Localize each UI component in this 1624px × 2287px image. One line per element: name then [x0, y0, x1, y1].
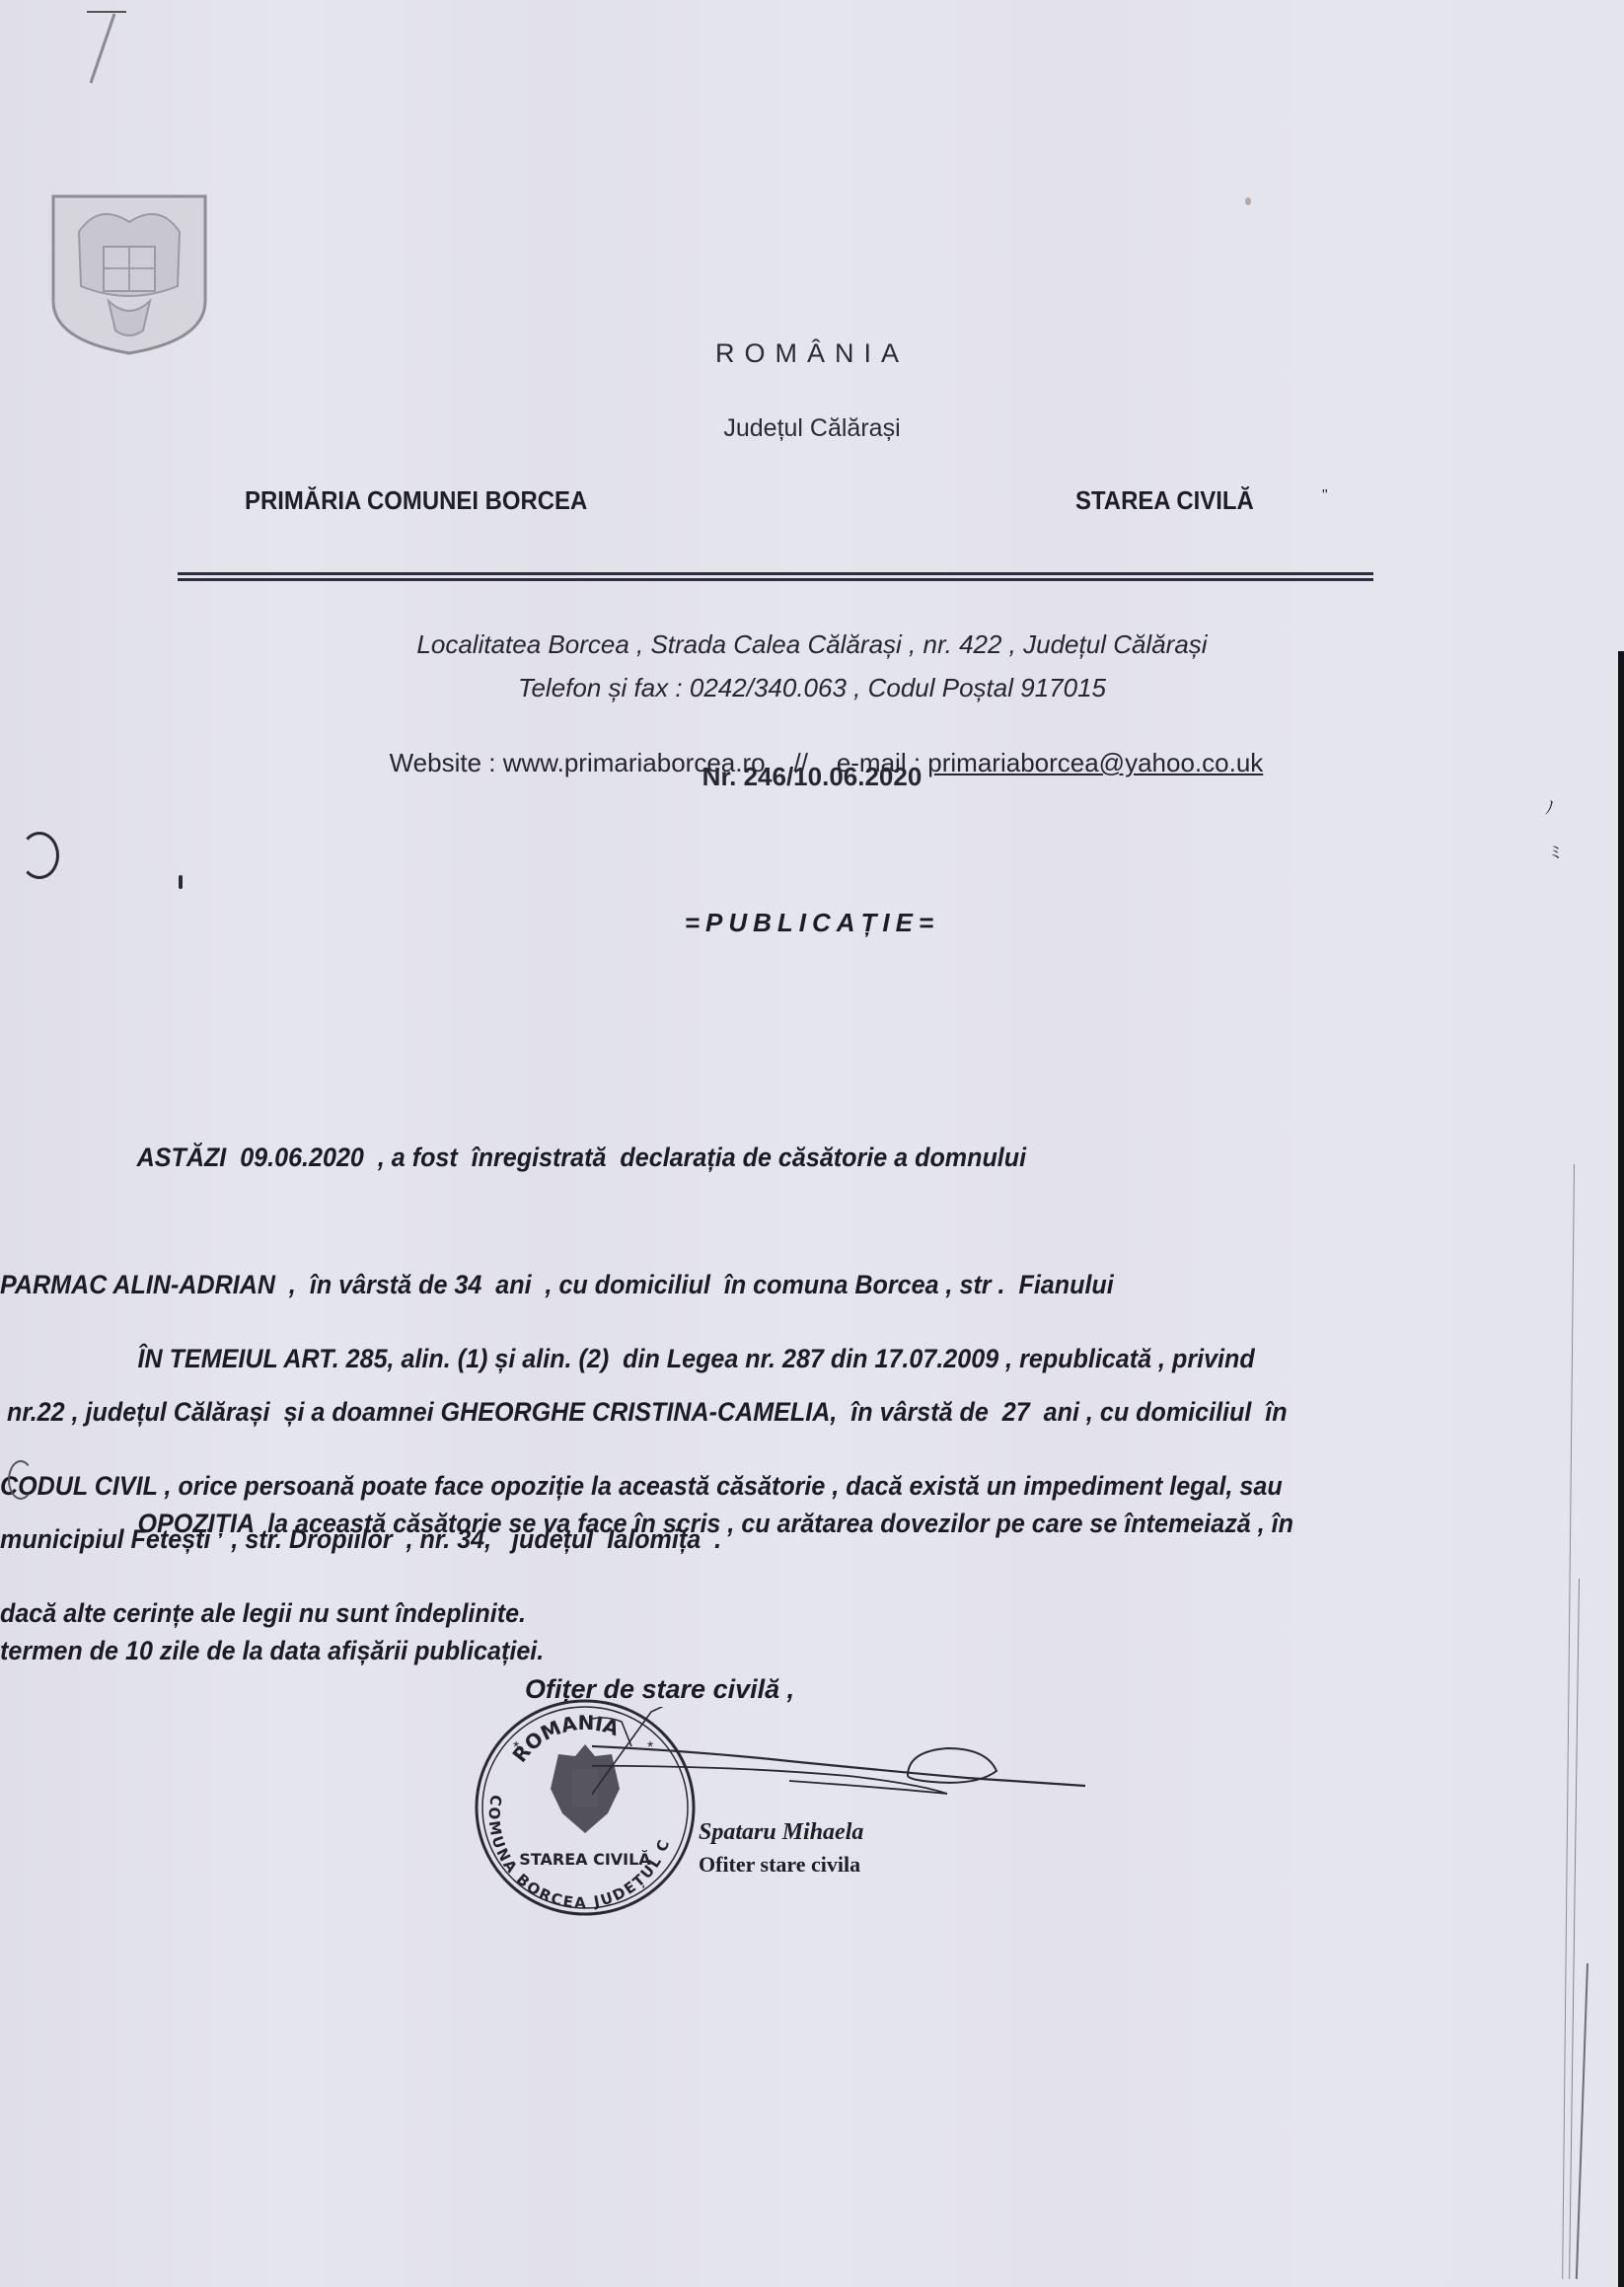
signer-title: Ofiter stare civila — [699, 1852, 860, 1878]
paragraph-line: OPOZIȚIA la această căsătorie se va face… — [0, 1503, 1340, 1545]
county-heading: Județul Călărași — [0, 414, 1624, 443]
seal-center-text: STAREA CIVILĂ — [519, 1850, 651, 1869]
scan-line — [1569, 1579, 1580, 2279]
document-title: =PUBLICAȚIE= — [0, 908, 1624, 938]
margin-mark — [179, 875, 183, 889]
svg-text:*: * — [513, 1739, 519, 1756]
ink-speck: ﾉ — [1545, 794, 1554, 820]
department-name: STAREA CIVILĂ — [1075, 485, 1254, 516]
ink-speck: " — [1322, 487, 1328, 505]
scanner-edge — [1618, 651, 1624, 2287]
paragraph-line: ASTĂZI 09.06.2020 , a fost înregistrată … — [0, 1137, 1340, 1179]
signer-name: Spataru Mihaela — [699, 1819, 863, 1846]
registration-number: Nr. 246/10.06.2020 — [0, 762, 1624, 792]
ink-speck — [1245, 197, 1251, 205]
header-divider-top — [178, 572, 1373, 575]
handwritten-signature — [592, 1707, 1085, 1815]
ink-speck: ﾐ — [1551, 839, 1560, 864]
pencil-mark-icon — [77, 6, 136, 85]
romania-coat-of-arms-icon — [49, 192, 209, 355]
margin-mark — [8, 1460, 34, 1500]
scan-line — [1576, 1963, 1588, 2279]
scan-line — [1562, 1164, 1575, 2279]
address-line: Localitatea Borcea , Strada Calea Călăra… — [0, 629, 1624, 660]
country-heading: ROMÂNIA — [0, 338, 1624, 369]
institution-name: PRIMĂRIA COMUNEI BORCEA — [245, 485, 587, 516]
header-divider-bottom — [178, 578, 1373, 581]
paragraph-line: ÎN TEMEIUL ART. 285, alin. (1) și alin. … — [0, 1338, 1340, 1380]
paragraph-line: termen de 10 zile de la data afișării pu… — [0, 1630, 1340, 1672]
phone-line: Telefon și fax : 0242/340.063 , Codul Po… — [0, 673, 1624, 703]
margin-mark — [20, 832, 59, 879]
scanned-page: ROMÂNIA Județul Călărași PRIMĂRIA COMUNE… — [0, 0, 1624, 2287]
